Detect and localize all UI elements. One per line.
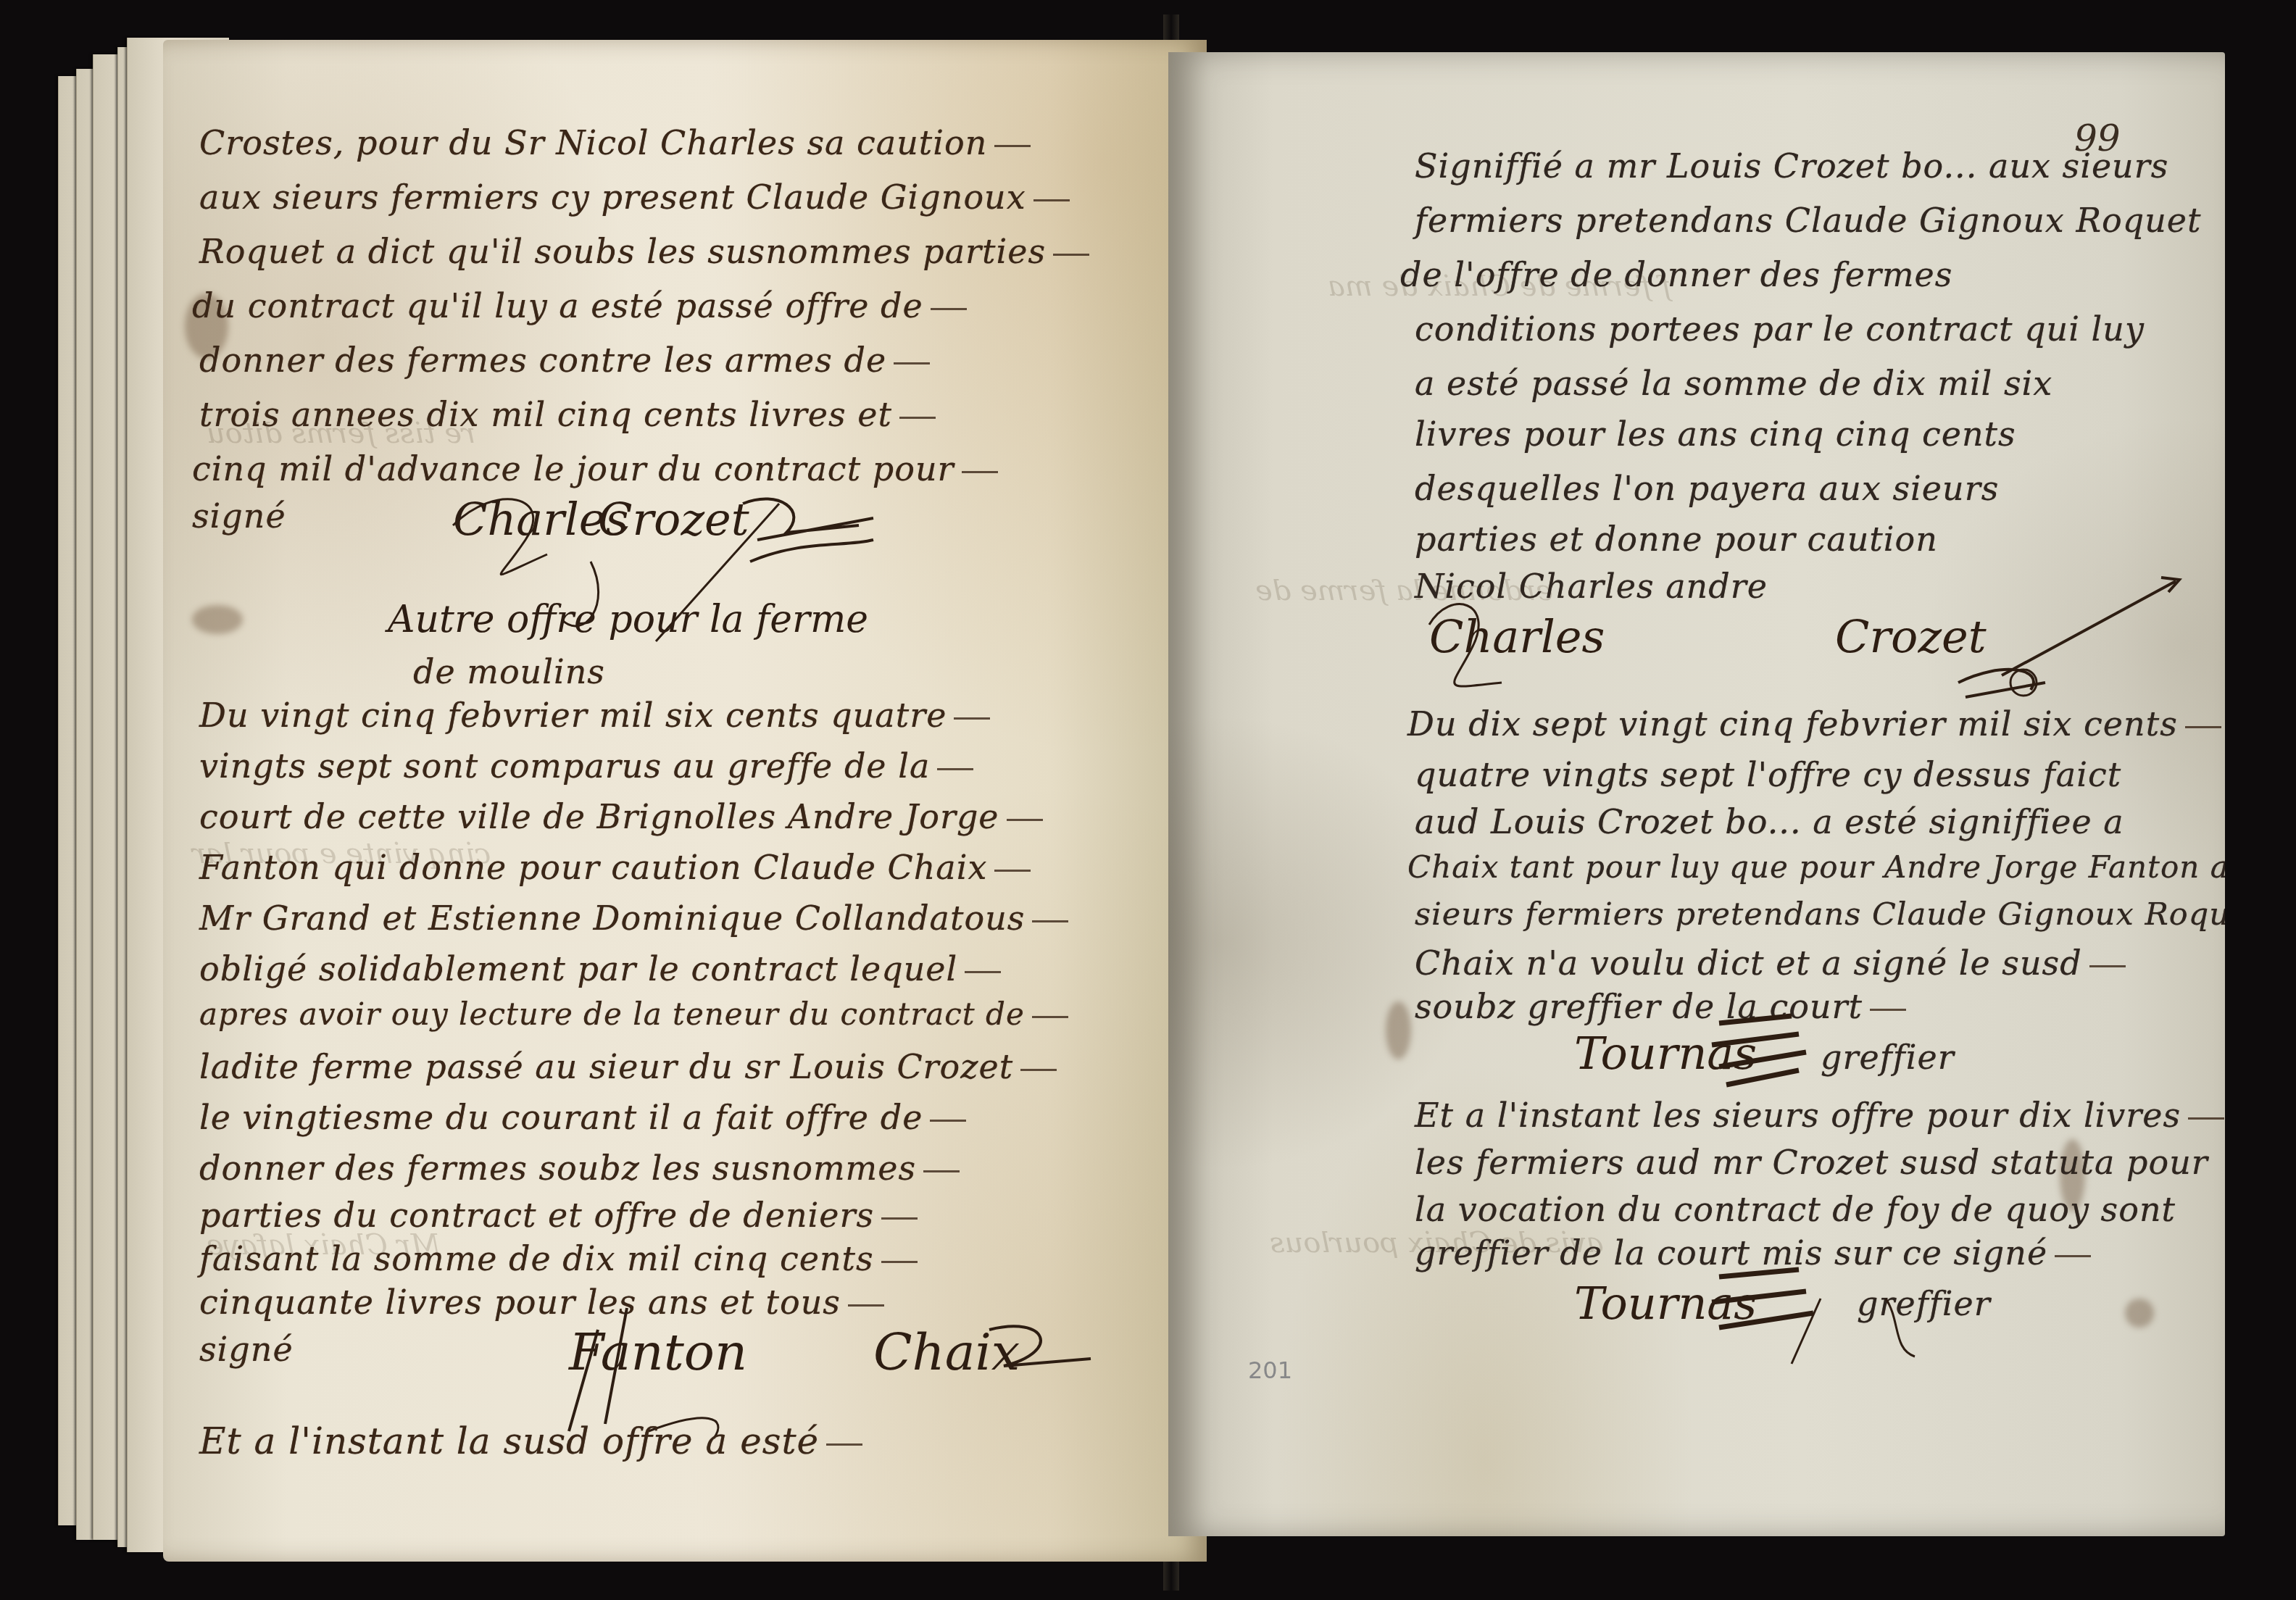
- text-line: obligé solidablement par le contract leq…: [199, 949, 957, 988]
- left-page: re tiss ferms ditou cinq vinte e pour la…: [163, 40, 1207, 1562]
- closing-line: Et a l'instant la susd offre a esté: [199, 1420, 819, 1462]
- text-line: greffier de la court mis sur ce signé: [1415, 1233, 2047, 1272]
- pencil-page-number: 201: [1248, 1357, 1292, 1384]
- signature-chaix: Chaix: [873, 1322, 1020, 1382]
- text-line: cinquante livres pour les ans et tous: [199, 1283, 841, 1322]
- text-line: apres avoir ouy lecture de la teneur du …: [199, 996, 1025, 1032]
- text-line: les fermiers aud mr Crozet susd statuta …: [1415, 1143, 2208, 1182]
- text-line: parties du contract et offre de deniers: [199, 1196, 874, 1235]
- signature-fanton: Fanton: [569, 1322, 747, 1382]
- text-line: Du vingt cinq febvrier mil six cents qua…: [199, 696, 947, 735]
- text-line: Et a l'instant les sieurs offre pour dix…: [1415, 1096, 2181, 1135]
- text-line: donner des fermes soubz les susnommes: [199, 1149, 916, 1188]
- signature-title: greffier: [1857, 1284, 1991, 1323]
- right-page: f ferme de Chaix de ma erdonne la ferme …: [1168, 52, 2225, 1536]
- text-line: la vocation du contract de foy de quoy s…: [1415, 1190, 2176, 1229]
- signature-tournas: Tournas: [1574, 1277, 1757, 1330]
- text-line: vingts sept sont comparus au greffe de l…: [199, 746, 930, 786]
- text-line: ladite ferme passé au sieur du sr Louis …: [199, 1047, 1013, 1086]
- text-line: Mr Grand et Estienne Dominique Collandat…: [199, 899, 1025, 938]
- text-line: faisant la somme de dix mil cinq cents: [199, 1239, 874, 1278]
- text-line: le vingtiesme du courant il a fait offre…: [199, 1098, 923, 1137]
- text-line: signé: [199, 1330, 294, 1369]
- text-line: court de cette ville de Brignolles Andre…: [199, 797, 999, 836]
- text-line: Fanton qui donne pour caution Claude Cha…: [199, 848, 987, 887]
